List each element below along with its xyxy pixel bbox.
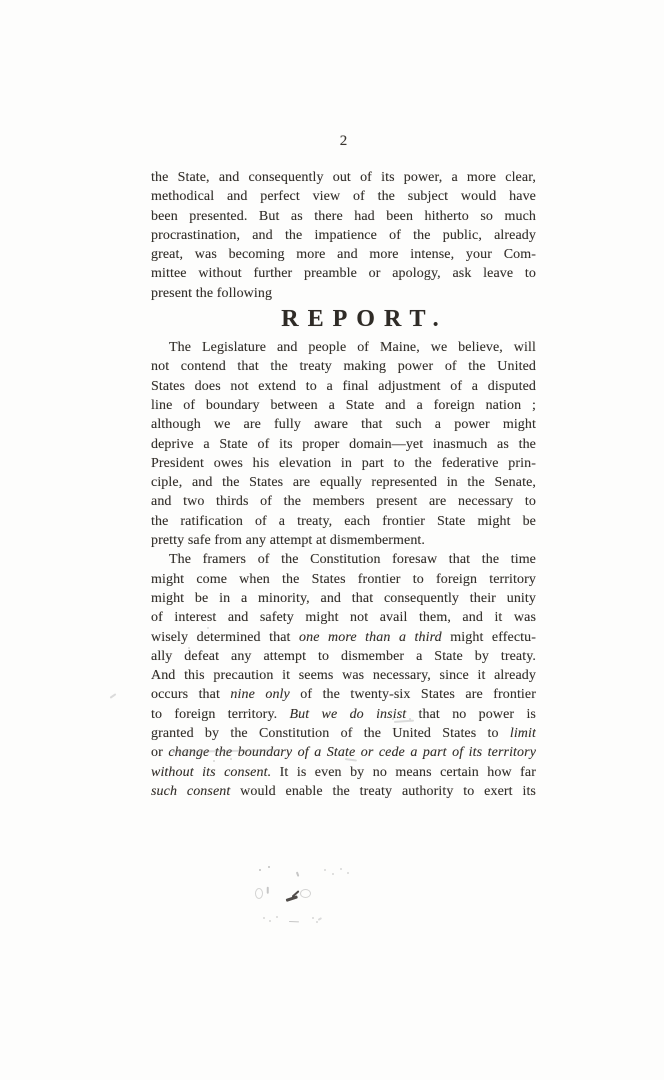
italic-text-segment: limit — [510, 726, 536, 741]
text-segment: great, was becoming more and more intens… — [151, 247, 536, 262]
text-line: might come when the States frontier to f… — [151, 570, 536, 589]
pencil-smudge-dot — [268, 866, 270, 868]
text-segment: that no power is — [406, 707, 536, 722]
text-line: not contend that the treaty making power… — [151, 357, 536, 376]
italic-text-segment: nine only — [230, 687, 289, 702]
text-line: and two thirds of the members present ar… — [151, 492, 536, 511]
text-line: deprive a State of its proper domain—yet… — [151, 435, 536, 454]
text-segment: pretty safe from any attempt at dismembe… — [151, 533, 425, 548]
pencil-smudge-dot — [316, 921, 318, 923]
pencil-scribble-dot — [213, 760, 215, 762]
text-line: of interest and safety might not avail t… — [151, 608, 536, 627]
text-segment: methodical and perfect view of the subje… — [151, 189, 536, 204]
pencil-smudge-stroke — [289, 921, 299, 922]
text-line: might be in a minority, and that consequ… — [151, 589, 536, 608]
text-line: granted by the Constitution of the Unite… — [151, 724, 536, 743]
text-line: the State, and consequently out of its p… — [151, 168, 536, 187]
text-line: The framers of the Constitution foresaw … — [151, 550, 536, 569]
text-segment: might come when the States frontier to f… — [151, 572, 536, 587]
text-segment: occurs that — [151, 687, 230, 702]
text-segment: deprive a State of its proper domain—yet… — [151, 437, 536, 452]
pencil-smudge-dot — [269, 920, 271, 922]
text-line: line of boundary between a State and a f… — [151, 396, 536, 415]
pencil-scribble-dot — [400, 715, 402, 717]
text-segment: not contend that the treaty making power… — [151, 359, 536, 374]
pencil-smudge-arc — [255, 888, 263, 899]
text-line: to foreign territory. But we do insist t… — [151, 705, 536, 724]
text-line: been presented. But as there had been hi… — [151, 207, 536, 226]
pencil-accent-dot — [188, 647, 190, 649]
text-block: the State, and consequently out of its p… — [151, 168, 536, 801]
text-segment: would enable the treaty authority to exe… — [230, 784, 536, 799]
text-segment: might effectu- — [442, 630, 536, 645]
italic-text-segment: such consent — [151, 784, 230, 799]
text-line: The Legislature and people of Maine, we … — [151, 338, 536, 357]
text-line: without its consent. It is even by no me… — [151, 763, 536, 782]
text-line: ally defeat any attempt to dismember a S… — [151, 647, 536, 666]
italic-text-segment: But we do insist — [290, 707, 407, 722]
text-line: although we are fully aware that such a … — [151, 415, 536, 434]
text-line: occurs that nine only of the twenty-six … — [151, 685, 536, 704]
text-segment: It is even by no means certain how far — [271, 765, 536, 780]
report-heading: REPORT. — [172, 306, 557, 332]
text-line: such consent would enable the treaty aut… — [151, 782, 536, 801]
text-segment: line of boundary between a State and a f… — [151, 398, 536, 413]
text-line: wisely determined that one more than a t… — [151, 628, 536, 647]
pencil-smudge-dot — [324, 869, 326, 871]
text-segment: wisely determined that — [151, 630, 299, 645]
pencil-smudge-stroke — [267, 887, 269, 894]
text-segment: the ratification of a treaty, each front… — [151, 514, 536, 529]
page-number: 2 — [151, 133, 536, 150]
text-line: methodical and perfect view of the subje… — [151, 187, 536, 206]
pencil-smudge-dot — [312, 917, 314, 919]
framers-paragraph: The framers of the Constitution foresaw … — [151, 550, 536, 801]
pencil-smudge-dot — [340, 868, 342, 870]
scanned-document-page: 2 the State, and consequently out of its… — [0, 0, 664, 1080]
text-segment: States does not extend to a final adjust… — [151, 379, 536, 394]
legislature-paragraph: The Legislature and people of Maine, we … — [151, 338, 536, 550]
pencil-scribble-dot — [392, 718, 394, 720]
pencil-scribble-dot — [230, 758, 232, 760]
margin-pencil-tick — [110, 693, 117, 698]
text-segment: or — [151, 745, 168, 760]
continuation-paragraph: the State, and consequently out of its p… — [151, 168, 536, 303]
text-segment: although we are fully aware that such a … — [151, 417, 536, 432]
pencil-smudge-stroke — [296, 871, 299, 876]
text-segment: of the twenty-six States are frontier — [290, 687, 536, 702]
pencil-smudge-dot — [259, 869, 261, 871]
pencil-smudge-dot — [263, 917, 265, 919]
text-segment: And this precaution it seems was necessa… — [151, 668, 536, 683]
text-line: present the following — [151, 284, 536, 303]
text-line: pretty safe from any attempt at dismembe… — [151, 531, 536, 550]
text-segment: to foreign territory. — [151, 707, 290, 722]
text-line: great, was becoming more and more intens… — [151, 245, 536, 264]
text-line: President owes his elevation in part to … — [151, 454, 536, 473]
text-line: ciple, and the States are equally repres… — [151, 473, 536, 492]
text-line: procrastination, and the impatience of t… — [151, 226, 536, 245]
text-line: the ratification of a treaty, each front… — [151, 512, 536, 531]
text-segment: granted by the Constitution of the Unite… — [151, 726, 510, 741]
italic-text-segment: one more than a third — [299, 630, 442, 645]
pencil-smudge-dot — [332, 873, 334, 875]
text-segment: procrastination, and the impatience of t… — [151, 228, 536, 243]
text-segment: ally defeat any attempt to dismember a S… — [151, 649, 536, 664]
italic-text-segment: without its consent. — [151, 765, 271, 780]
text-line: or change the boundary of a State or ced… — [151, 743, 536, 762]
text-segment: The framers of the Constitution foresaw … — [169, 552, 536, 567]
text-segment: might be in a minority, and that consequ… — [151, 591, 536, 606]
text-line: And this precaution it seems was necessa… — [151, 666, 536, 685]
text-segment: present the following — [151, 286, 272, 301]
pencil-smudge-stroke — [318, 917, 322, 920]
text-segment: President owes his elevation in part to … — [151, 456, 536, 471]
text-segment: The Legislature and people of Maine, we … — [169, 340, 536, 355]
text-segment: of interest and safety might not avail t… — [151, 610, 536, 625]
text-line: mittee without further preamble or apolo… — [151, 264, 536, 283]
text-segment: and two thirds of the members present ar… — [151, 494, 536, 509]
pencil-smudge-arc — [300, 889, 311, 898]
text-line: States does not extend to a final adjust… — [151, 377, 536, 396]
text-segment: been presented. But as there had been hi… — [151, 209, 536, 224]
text-segment: ciple, and the States are equally repres… — [151, 475, 536, 490]
pencil-accent-dot — [207, 627, 209, 629]
pencil-smudge-dot — [276, 916, 278, 918]
pencil-smudge-dot — [347, 872, 349, 874]
text-segment: mittee without further preamble or apolo… — [151, 266, 536, 281]
text-segment: the State, and consequently out of its p… — [151, 170, 536, 185]
